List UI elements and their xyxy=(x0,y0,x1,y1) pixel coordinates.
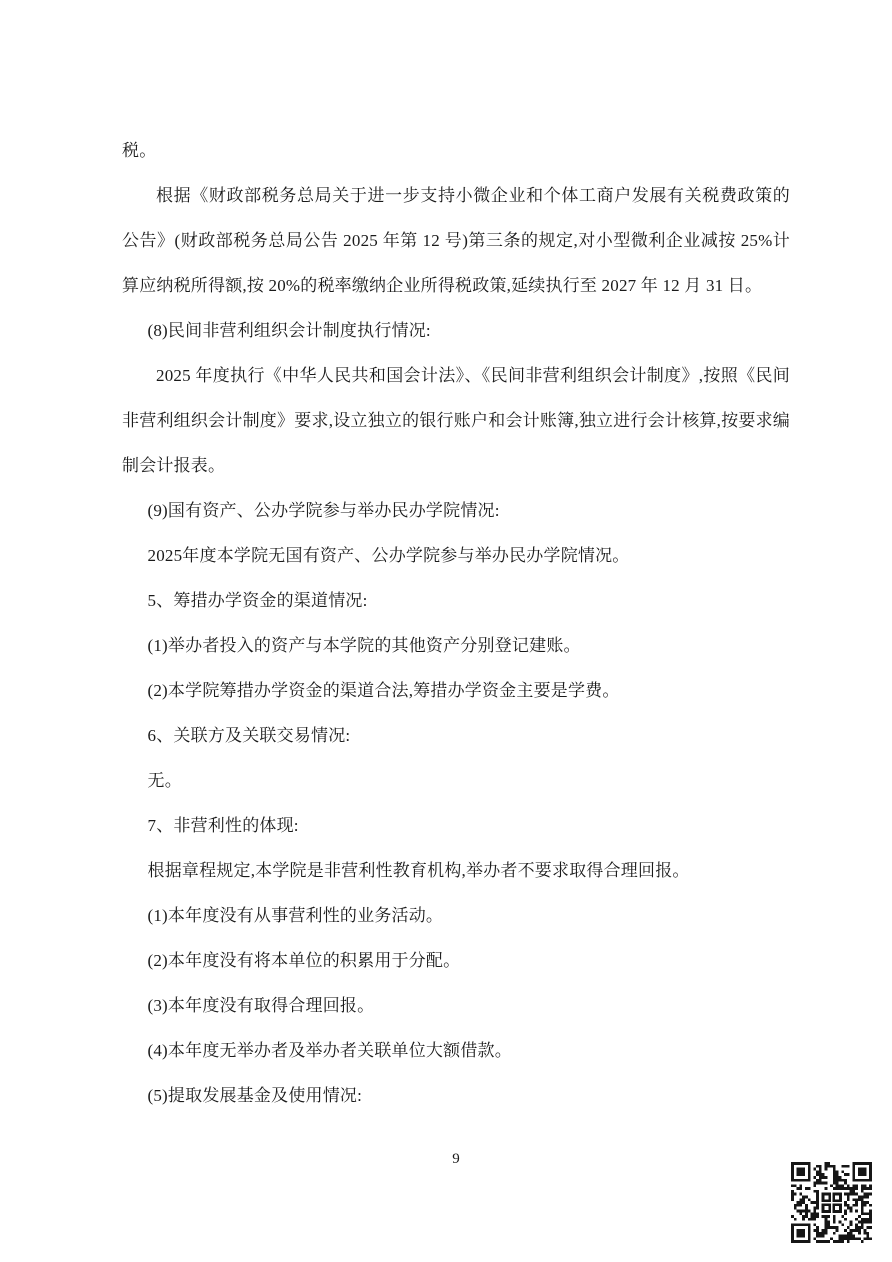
document-page: 税。 根据《财政部税务总局关于进一步支持小微企业和个体工商户发展有关税费政策的公… xyxy=(0,0,892,1262)
page-number: 9 xyxy=(452,1151,460,1167)
paragraph: 根据《财政部税务总局关于进一步支持小微企业和个体工商户发展有关税费政策的公告》(… xyxy=(122,173,790,308)
paragraph: (1)本年度没有从事营利性的业务活动。 xyxy=(122,893,790,938)
qr-code-icon xyxy=(791,1162,872,1243)
paragraph: 2025年度本学院无国有资产、公办学院参与举办民办学院情况。 xyxy=(122,533,790,578)
paragraph: 无。 xyxy=(122,758,790,803)
paragraph: (1)举办者投入的资产与本学院的其他资产分别登记建账。 xyxy=(122,623,790,668)
paragraph: (4)本年度无举办者及举办者关联单位大额借款。 xyxy=(122,1028,790,1073)
page-footer: 9 xyxy=(122,1148,790,1170)
paragraph: 根据章程规定,本学院是非营利性教育机构,举办者不要求取得合理回报。 xyxy=(122,848,790,893)
paragraph: (9)国有资产、公办学院参与举办民办学院情况: xyxy=(122,488,790,533)
paragraph: (2)本学院筹措办学资金的渠道合法,筹措办学资金主要是学费。 xyxy=(122,668,790,713)
paragraph: (5)提取发展基金及使用情况: xyxy=(122,1073,790,1118)
paragraph: 5、筹措办学资金的渠道情况: xyxy=(122,578,790,623)
paragraph: (2)本年度没有将本单位的积累用于分配。 xyxy=(122,938,790,983)
paragraph: 6、关联方及关联交易情况: xyxy=(122,713,790,758)
page-content: 税。 根据《财政部税务总局关于进一步支持小微企业和个体工商户发展有关税费政策的公… xyxy=(122,128,790,1118)
paragraph: 税。 xyxy=(122,128,790,173)
paragraph: (8)民间非营利组织会计制度执行情况: xyxy=(122,308,790,353)
paragraph: 2025 年度执行《中华人民共和国会计法》、《民间非营利组织会计制度》,按照《民… xyxy=(122,353,790,488)
paragraph: 7、非营利性的体现: xyxy=(122,803,790,848)
paragraph: (3)本年度没有取得合理回报。 xyxy=(122,983,790,1028)
